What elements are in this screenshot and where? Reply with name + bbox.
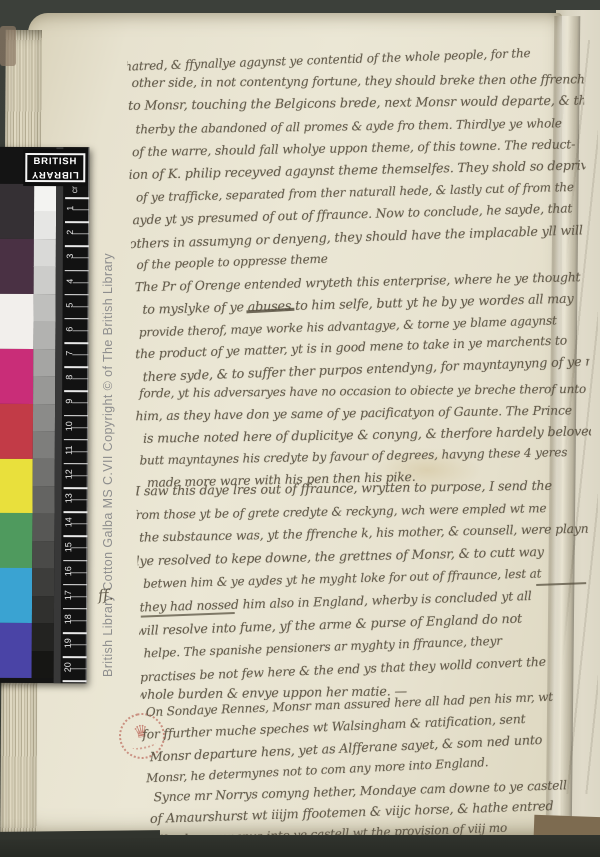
ruler-tick [64, 415, 88, 417]
text-line: practises be not few here & the end ys t… [140, 656, 546, 684]
grayscale-step [33, 403, 55, 431]
color-patch [0, 348, 33, 403]
ruler-tick [63, 584, 87, 586]
text-line: lye resolved to kepe downe, the grettnes… [135, 546, 543, 568]
text-line: other side, in not contentyng fortune, t… [132, 73, 585, 89]
ruler-number: 5 [65, 297, 75, 313]
ruler-half-tick [71, 596, 87, 597]
ruler-tick [63, 681, 87, 683]
ruler-half-tick [71, 548, 87, 549]
text-line: therby the abandoned of all promes & ayd… [135, 117, 561, 135]
ruler-number: 18 [63, 611, 73, 627]
ruler-tick [65, 221, 89, 223]
ruler-tick [64, 342, 88, 344]
color-patch [0, 184, 34, 239]
text-line: will resolve into fume, yf the arme & pu… [136, 612, 522, 637]
text-line: betwen him & ye aydes yt he myght loke f… [143, 568, 541, 590]
ruler-number: 8 [64, 369, 74, 385]
ruler-half-tick [72, 378, 88, 379]
ruler-tick [65, 270, 89, 272]
grayscale-step [34, 239, 56, 267]
ruler-tick [63, 560, 87, 562]
ruler-half-tick [73, 233, 89, 234]
ruler-half-tick [72, 354, 88, 355]
grayscale-step [33, 349, 55, 377]
ruler-number: 11 [64, 442, 74, 458]
text-line: to myslyke of ye abuses to him selfe, bu… [142, 292, 573, 316]
grayscale-step [33, 294, 55, 322]
ruler-half-tick [71, 620, 87, 621]
ruler-tick [64, 487, 88, 489]
color-patch [0, 458, 33, 513]
text-line: butt mayntaynes his credyte by favour of… [139, 447, 567, 467]
ruler-tick [65, 197, 89, 199]
ruler-tick [63, 536, 87, 538]
copyright-strip: British Library Cotton Galba MS C.VII Co… [101, 165, 115, 765]
text-line: The Pr of Orenge entended wryteth this e… [135, 271, 581, 293]
color-patch [0, 239, 34, 294]
manuscript-text: hatred, & ffynallye agaynst ye contentid… [127, 44, 599, 841]
text-line: from those yt be of grete credyte & reck… [132, 502, 547, 521]
british-library-wordmark-bottom: LIBRARY [32, 167, 80, 178]
grayscale-step [33, 458, 55, 486]
ruler-tick [63, 608, 87, 610]
text-line: ion of K. philip receyved agaynst theme … [128, 159, 599, 182]
ruler-half-tick [71, 644, 87, 645]
ruler-half-tick [72, 330, 88, 331]
ruler-number: 13 [64, 490, 74, 506]
ruler-number: 12 [64, 466, 74, 482]
text-line: they had nossed him also in England, whe… [139, 590, 531, 614]
grayscale-step [33, 376, 55, 404]
grayscale-step [34, 184, 56, 212]
color-patch [0, 623, 32, 678]
ruler-tick [65, 318, 89, 320]
ruler-tick [64, 463, 88, 465]
ruler-half-tick [72, 475, 88, 476]
grayscale-step [32, 623, 54, 651]
grayscale-step [33, 431, 55, 459]
marginal-note: ff. [97, 585, 114, 604]
color-patch [0, 294, 34, 349]
ruler-half-tick [72, 499, 88, 500]
ruler-tick [65, 294, 89, 296]
grayscale-step [32, 541, 54, 569]
ruler-number: 6 [64, 321, 74, 337]
text-line: the substaunce was, yt the ffrenche k, h… [139, 523, 589, 544]
grayscale-step [34, 266, 56, 294]
ruler-tick [64, 366, 88, 368]
text-line: provide therof, maye worke his advantagy… [139, 314, 557, 338]
text-line: of the people to oppresse theme [136, 252, 328, 270]
photo-backdrop: cm 1234567891011121314151617181920 BRITI… [0, 0, 600, 857]
ruler-tick [65, 245, 89, 247]
ruler-tick [63, 656, 87, 658]
text-line: of ye trafficke, separated from ther nat… [136, 181, 574, 204]
text-line: helpe. The spanishe pensioners ar myghty… [143, 635, 502, 660]
ruler-number: 14 [63, 514, 73, 530]
ruler-half-tick [72, 427, 88, 428]
grayscale-step [34, 211, 56, 239]
grayscale-step [32, 650, 54, 678]
ruler-number: 7 [64, 345, 74, 361]
british-library-label-box: BRITISH LIBRARY [25, 153, 85, 183]
ruler-number: 1 [65, 200, 75, 216]
ruler-half-tick [72, 403, 88, 404]
ruler-half-tick [73, 209, 89, 210]
text-line: I saw this daye lres out of ffraunce, wr… [135, 480, 552, 498]
text-line: forde, yt his adversaryes have no occasi… [139, 383, 586, 400]
color-patch [0, 403, 33, 458]
grayscale-step [32, 513, 54, 541]
color-calibration-target: cm 1234567891011121314151617181920 BRITI… [0, 147, 89, 684]
ruler-half-tick [71, 523, 87, 524]
ruler-number: 3 [65, 249, 75, 265]
text-line: him, as they have don ye same of ye paci… [136, 404, 573, 422]
color-patch-column [0, 184, 34, 679]
text-line: is muche noted here of duplicitye & cony… [143, 425, 597, 445]
color-patch [0, 513, 32, 568]
ruler-half-tick [73, 257, 89, 258]
ruler-number: 2 [65, 224, 75, 240]
text-line: to Monsr, touching the Belgicons brede, … [128, 95, 599, 113]
cm-ruler: cm 1234567891011121314151617181920 [54, 147, 90, 683]
ruler-number: 19 [63, 635, 73, 651]
grayscale-step [32, 486, 54, 514]
ruler-tick [64, 439, 88, 441]
text-line: ayde yt ys presumed of out of ffraunce. … [132, 203, 572, 227]
ruler-half-tick [72, 451, 88, 452]
ruler-number: 15 [63, 539, 73, 555]
book-board-edge [0, 26, 16, 66]
ruler-tick [63, 632, 87, 634]
ruler-half-tick [73, 282, 89, 283]
ruler-number: 20 [63, 659, 73, 675]
ruler-half-tick [71, 668, 87, 669]
ruler-half-tick [71, 572, 87, 573]
ruler-number: 16 [63, 563, 73, 579]
grayscale-step [32, 596, 54, 624]
british-library-wordmark-top: BRITISH [32, 157, 80, 168]
underline-mark [536, 582, 586, 586]
grayscale-wedge [32, 184, 57, 678]
ruler-number: 17 [63, 587, 73, 603]
ruler-scale: 1234567891011121314151617181920 [54, 147, 90, 683]
color-patch [0, 568, 32, 623]
ruler-tick [63, 511, 87, 513]
ruler-number: 9 [64, 394, 74, 410]
grayscale-step [33, 321, 55, 349]
text-line: of the warre, should fall wholye uppon t… [132, 138, 575, 158]
british-library-label: BRITISH LIBRARY [23, 149, 87, 186]
grayscale-step [32, 568, 54, 596]
ruler-number: 10 [64, 418, 74, 434]
ruler-half-tick [73, 306, 89, 307]
ruler-number: 4 [65, 273, 75, 289]
ruler-tick [64, 391, 88, 393]
text-line: others in assumyng or denyeng, they shou… [129, 224, 583, 250]
bottom-shadow [0, 835, 600, 857]
